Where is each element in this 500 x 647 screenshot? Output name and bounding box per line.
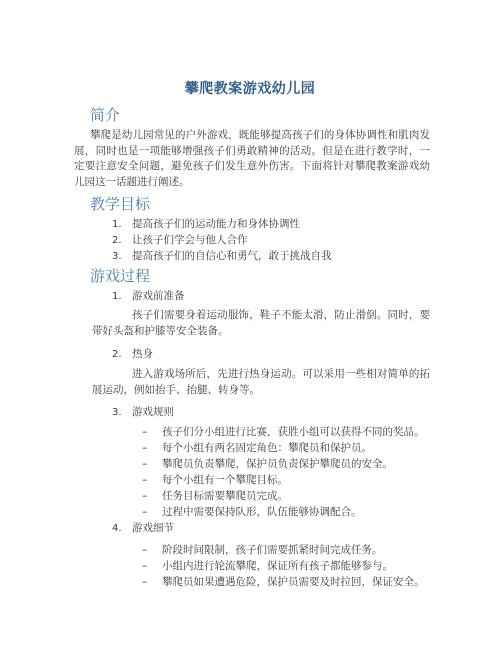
goal-item: 1.提高孩子们的运动能力和身体协调性 xyxy=(112,216,300,231)
dash-icon: – xyxy=(142,458,162,470)
heading-intro: 简介 xyxy=(90,104,120,125)
step-title: 3.游戏规则 xyxy=(112,404,174,419)
rule-bullet: –每个小组有两名固定角色：攀爬员和保护员。 xyxy=(142,440,372,455)
rule-bullet: –过程中需要保持队形，队伍能够协调配合。 xyxy=(142,504,362,519)
rule-text: 攀爬员负责攀爬，保护员负责保护攀爬员的安全。 xyxy=(162,458,393,470)
step-number: 1. xyxy=(112,291,132,302)
step-paragraph: 进入游戏场所后，先进行热身运动。可以采用一些相对简单的拓展运动，例如抬手、抬腿、… xyxy=(92,367,430,398)
intro-paragraph: 攀爬是幼儿园常见的户外游戏，既能够提高孩子们的身体协调性和肌肉发展，同时也是一项… xyxy=(74,128,430,190)
document-title: 攀爬教案游戏幼儿园 xyxy=(0,78,500,98)
dash-icon: – xyxy=(142,544,162,556)
goal-text: 提高孩子们的运动能力和身体协调性 xyxy=(132,216,300,231)
rule-bullet: –孩子们分小组进行比赛，获胜小组可以获得不同的奖品。 xyxy=(142,424,425,439)
rule-text: 孩子们分小组进行比赛，获胜小组可以获得不同的奖品。 xyxy=(162,426,425,438)
goal-item: 3.提高孩子们的自信心和勇气，敢于挑战自我 xyxy=(112,248,332,263)
rule-bullet: –任务目标需要攀爬员完成。 xyxy=(142,488,288,503)
step-number: 4. xyxy=(112,523,132,534)
dash-icon: – xyxy=(142,490,162,502)
goal-item: 2.让孩子们学会与他人合作 xyxy=(112,232,248,247)
goal-number: 2. xyxy=(112,235,132,246)
step-title-text: 游戏前准备 xyxy=(132,288,185,303)
step-title-text: 游戏规则 xyxy=(132,404,174,419)
document-page: 攀爬教案游戏幼儿园 简介 攀爬是幼儿园常见的户外游戏，既能够提高孩子们的身体协调… xyxy=(0,0,500,647)
dash-icon: – xyxy=(142,474,162,486)
step-number: 2. xyxy=(112,349,132,360)
detail-bullet: –阶段时间限制，孩子们需要抓紧时间完成任务。 xyxy=(142,542,383,557)
step-title: 1.游戏前准备 xyxy=(112,288,185,303)
goal-number: 1. xyxy=(112,219,132,230)
goal-text: 提高孩子们的自信心和勇气，敢于挑战自我 xyxy=(132,248,332,263)
step-number: 3. xyxy=(112,407,132,418)
rule-text: 任务目标需要攀爬员完成。 xyxy=(162,490,288,502)
dash-icon: – xyxy=(142,426,162,438)
dash-icon: – xyxy=(142,442,162,454)
detail-text: 阶段时间限制，孩子们需要抓紧时间完成任务。 xyxy=(162,544,383,556)
step-title-text: 游戏细节 xyxy=(132,520,174,535)
heading-process: 游戏过程 xyxy=(90,265,150,286)
dash-icon: – xyxy=(142,506,162,518)
dash-icon: – xyxy=(142,560,162,572)
step-paragraph: 孩子们需要身着运动服饰，鞋子不能太滑，防止滑倒。同时，要带好头盔和护膝等安全装备… xyxy=(92,308,430,339)
heading-goals: 教学目标 xyxy=(90,193,150,214)
detail-text: 小组内进行轮流攀爬，保证所有孩子都能够参与。 xyxy=(162,560,393,572)
step-title: 4.游戏细节 xyxy=(112,520,174,535)
rule-text: 过程中需要保持队形，队伍能够协调配合。 xyxy=(162,506,362,518)
step-title-text: 热身 xyxy=(132,346,153,361)
rule-text: 每个小组有一个攀爬目标。 xyxy=(162,474,288,486)
goal-text: 让孩子们学会与他人合作 xyxy=(132,232,248,247)
rule-bullet: –每个小组有一个攀爬目标。 xyxy=(142,472,288,487)
detail-bullet: –攀爬员如果遭遇危险，保护员需要及时拉回，保证安全。 xyxy=(142,574,425,589)
step-title: 2.热身 xyxy=(112,346,153,361)
dash-icon: – xyxy=(142,576,162,588)
detail-text: 攀爬员如果遭遇危险，保护员需要及时拉回，保证安全。 xyxy=(162,576,425,588)
goal-number: 3. xyxy=(112,251,132,262)
rule-text: 每个小组有两名固定角色：攀爬员和保护员。 xyxy=(162,442,372,454)
rule-bullet: –攀爬员负责攀爬，保护员负责保护攀爬员的安全。 xyxy=(142,456,393,471)
detail-bullet: –小组内进行轮流攀爬，保证所有孩子都能够参与。 xyxy=(142,558,393,573)
